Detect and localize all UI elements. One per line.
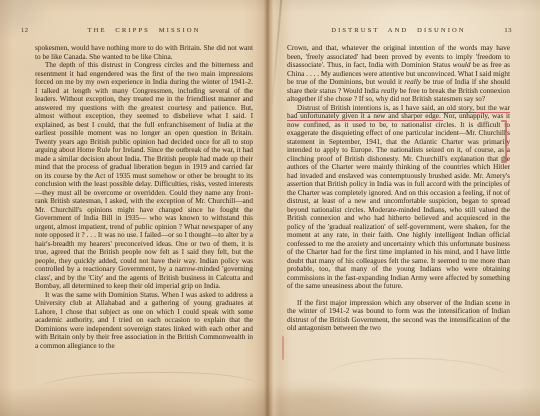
paper-stain [40, 372, 260, 407]
right-page-header: DISTRUST AND DISUNION 13 [287, 27, 510, 37]
paragraph: It was the same with Dominion Status. Wh… [35, 291, 253, 351]
red-margin-tick [282, 336, 284, 360]
left-page-number: 12 [21, 27, 29, 34]
paragraph: If the first major impression which any … [287, 299, 510, 333]
right-page: DISTRUST AND DISUNION 13 Crown, and that… [267, 0, 540, 416]
left-page-text: spokesmen, would have nothing more to do… [35, 44, 253, 350]
left-page: 12 THE CRIPPS MISSION spokesmen, would h… [0, 0, 267, 416]
paragraph: spokesmen, would have nothing more to do… [35, 44, 253, 61]
paper-stain [330, 358, 510, 399]
paragraph-annotated: Distrust of British intentions is, as I … [287, 104, 510, 291]
paragraph-text: Nor, unhappily, was it now confined, as … [287, 112, 510, 290]
left-running-head: THE CRIPPS MISSION [87, 27, 200, 34]
paragraph: The depth of this distrust in Congress c… [35, 61, 253, 291]
red-margin-bracket [505, 120, 507, 163]
paragraph: Crown, and that, whatever the original i… [287, 44, 510, 104]
italic-word: really [381, 87, 398, 95]
right-page-number: 13 [504, 27, 512, 34]
italic-word: would [453, 61, 471, 69]
right-page-text: Crown, and that, whatever the original i… [287, 44, 510, 333]
italic-word: really [404, 78, 421, 86]
book-scan: 12 THE CRIPPS MISSION spokesmen, would h… [0, 0, 540, 416]
pencil-underlined-text: Distrust of British intentions is, as I … [297, 104, 476, 113]
left-page-header: 12 THE CRIPPS MISSION [35, 27, 253, 37]
right-running-head: DISTRUST AND DISUNION [331, 27, 466, 34]
